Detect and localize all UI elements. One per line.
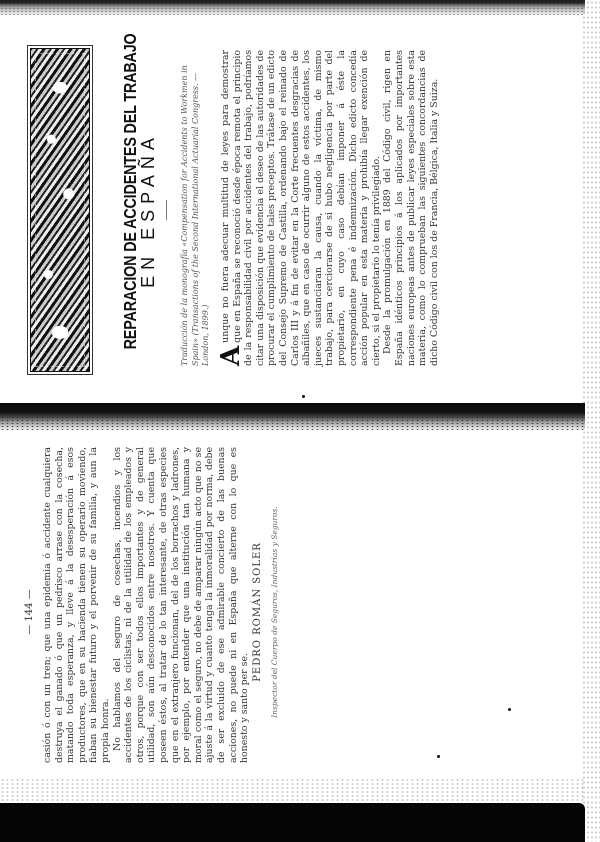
paragraph: No hablamos del seguro de cosechas, ince… — [112, 447, 251, 763]
scan-bottom-noise — [0, 778, 585, 803]
article-body-continued: casión ó con un tren; que una epidemia ó… — [42, 447, 251, 763]
author-signature: PEDRO ROMÁN SOLER — [252, 447, 263, 777]
author-title: Inspector del Cuerpo de Seguros, Industr… — [270, 447, 279, 777]
right-page-content: REPARACION DE ACCIDENTES DEL TRABAJO EN … — [20, 40, 530, 380]
article-body: Aunque no fuera adecuar multitud de leye… — [220, 50, 440, 366]
left-page: — 144 — casión ó con un tren; que una ep… — [0, 432, 585, 802]
right-page: REPARACION DE ACCIDENTES DEL TRABAJO EN … — [0, 18, 585, 403]
decorative-ornament-icon — [30, 48, 90, 372]
paragraph: Desde la promulgación en 1889 del Código… — [382, 50, 440, 366]
title-rule — [166, 200, 167, 220]
left-page-content: — 144 — casión ó con un tren; que una ep… — [20, 447, 580, 777]
paragraph: Aunque no fuera adecuar multitud de leye… — [220, 50, 382, 366]
translation-note: Traducción de la monografía «Compensatio… — [180, 50, 212, 366]
book-gutter — [0, 403, 585, 431]
drop-cap: A — [220, 346, 242, 366]
paragraph: casión ó con un tren; que una epidemia ó… — [42, 447, 112, 763]
scan-speck — [437, 755, 440, 758]
page-number: — 144 — — [24, 447, 35, 777]
scan-speck — [508, 708, 511, 711]
article-subtitle: EN ESPAÑA — [138, 40, 159, 380]
scan-speck — [302, 395, 305, 398]
scan-top-edge — [0, 0, 585, 16]
scan-bottom-edge — [0, 803, 585, 842]
